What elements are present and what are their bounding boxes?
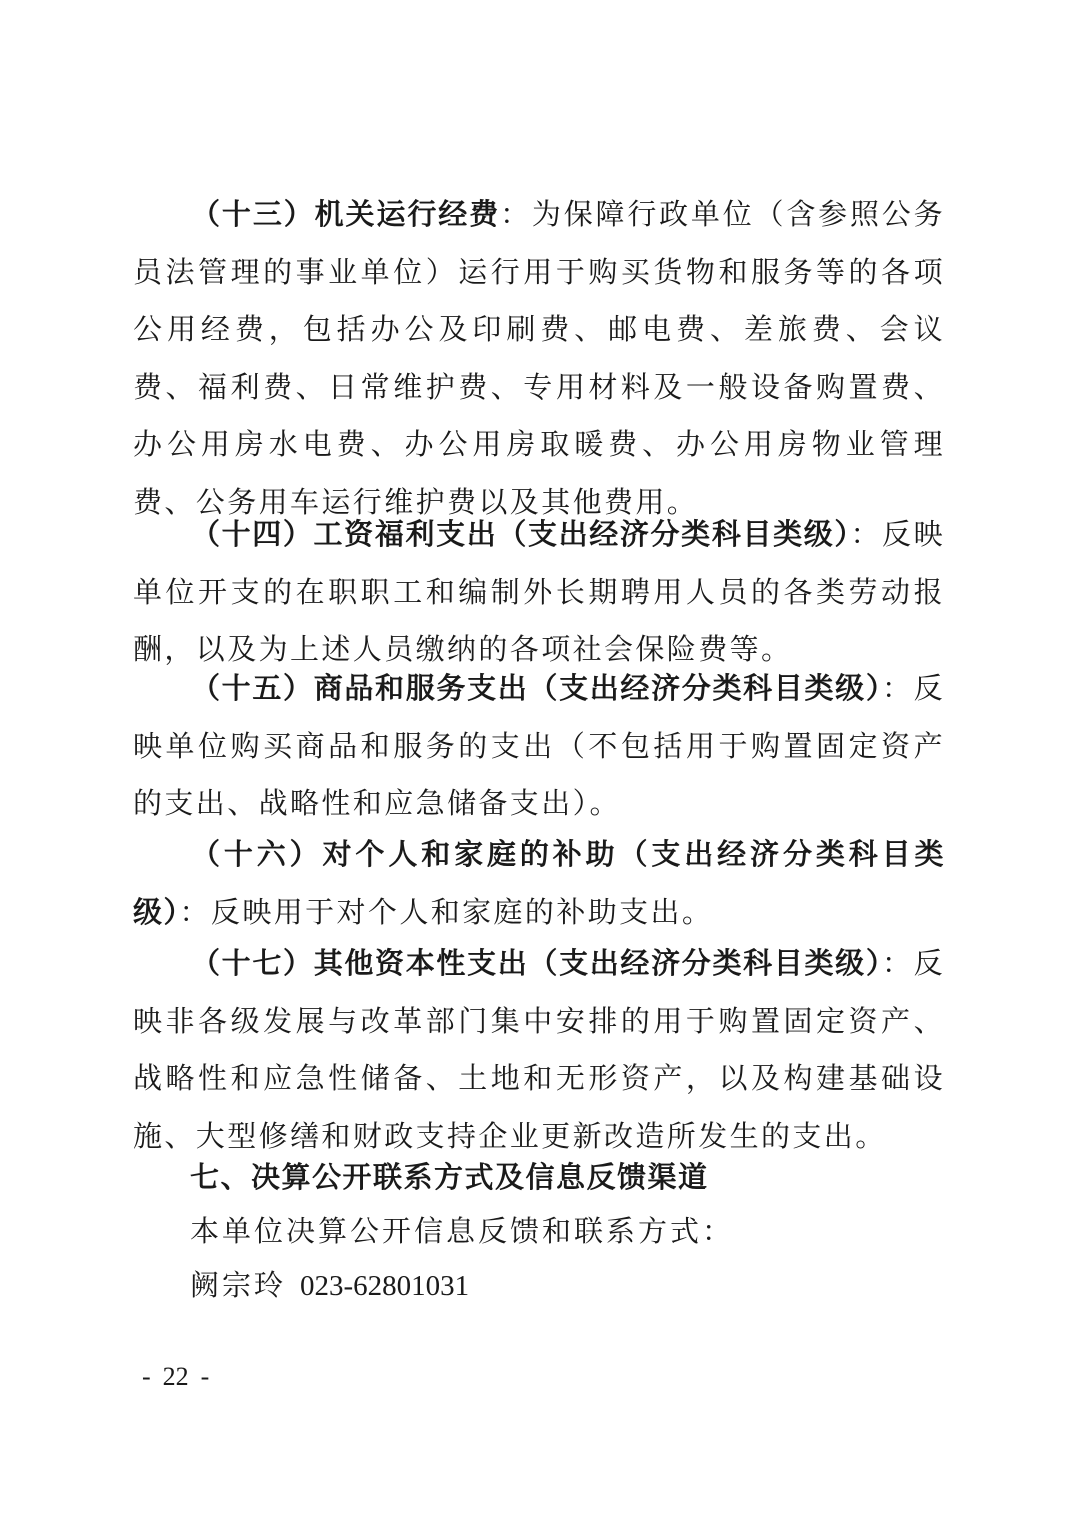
- definition-13: 为保障行政单位（含参照公务员法管理的事业单位）运行用于购买货物和服务等的各项公用…: [133, 197, 945, 519]
- term-17: （十七）其他资本性支出（支出经济分类科目类级）: [191, 946, 882, 980]
- contact-name: 阙宗玲: [190, 1268, 286, 1302]
- term-14: （十四）工资福利支出（支出经济分类科目类级）: [191, 517, 851, 551]
- section-heading: 七、决算公开联系方式及信息反馈渠道: [190, 1154, 709, 1200]
- term-15: （十五）商品和服务支出（支出经济分类科目类级）: [191, 671, 882, 705]
- contact-line: 阙宗玲023-62801031: [190, 1262, 469, 1309]
- paragraph-13: （十三）机关运行经费：为保障行政单位（含参照公务员法管理的事业单位）运行用于购买…: [133, 186, 945, 531]
- separator: ：: [882, 671, 914, 705]
- definition-16: 反映用于对个人和家庭的补助支出。: [211, 895, 713, 929]
- separator: ：: [500, 197, 532, 231]
- paragraph-17: （十七）其他资本性支出（支出经济分类科目类级）：反映非各级发展与改革部门集中安排…: [133, 935, 945, 1165]
- paragraph-16: （十六）对个人和家庭的补助（支出经济分类科目类级）：反映用于对个人和家庭的补助支…: [133, 826, 945, 941]
- separator: ：: [851, 517, 883, 551]
- document-page: （十三）机关运行经费：为保障行政单位（含参照公务员法管理的事业单位）运行用于购买…: [0, 0, 1074, 1520]
- separator: ：: [882, 946, 914, 980]
- paragraph-14: （十四）工资福利支出（支出经济分类科目类级）：反映单位开支的在职职工和编制外长期…: [133, 506, 945, 679]
- term-13: （十三）机关运行经费: [191, 197, 500, 231]
- page-dash-left: -: [142, 1362, 151, 1391]
- contact-intro: 本单位决算公开信息反馈和联系方式：: [190, 1208, 734, 1254]
- page-number-value: 22: [163, 1362, 189, 1391]
- page-number: -22-: [130, 1362, 221, 1392]
- contact-phone: 023-62801031: [300, 1270, 469, 1302]
- paragraph-15: （十五）商品和服务支出（支出经济分类科目类级）：反映单位购买商品和服务的支出（不…: [133, 660, 945, 833]
- separator: ：: [180, 895, 211, 929]
- page-dash-right: -: [201, 1362, 210, 1391]
